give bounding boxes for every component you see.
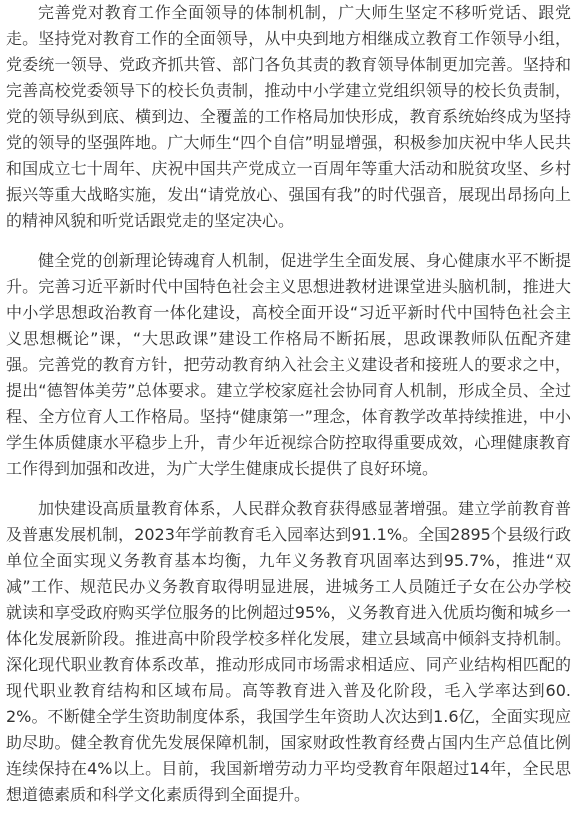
paragraph-quality-education-system: 加快建设高质量教育体系，人民群众教育获得感显著增强。建立学前教育普及普惠发展机制… [6,496,571,808]
paragraph-moral-education: 健全党的创新理论铸魂育人机制，促进学生全面发展、身心健康水平不断提升。完善习近平… [6,248,571,482]
article-body: 完善党对教育工作全面领导的体制机制，广大师生坚定不移听党话、跟党走。坚持党对教育… [0,0,575,808]
paragraph-party-leadership: 完善党对教育工作全面领导的体制机制，广大师生坚定不移听党话、跟党走。坚持党对教育… [6,0,571,234]
